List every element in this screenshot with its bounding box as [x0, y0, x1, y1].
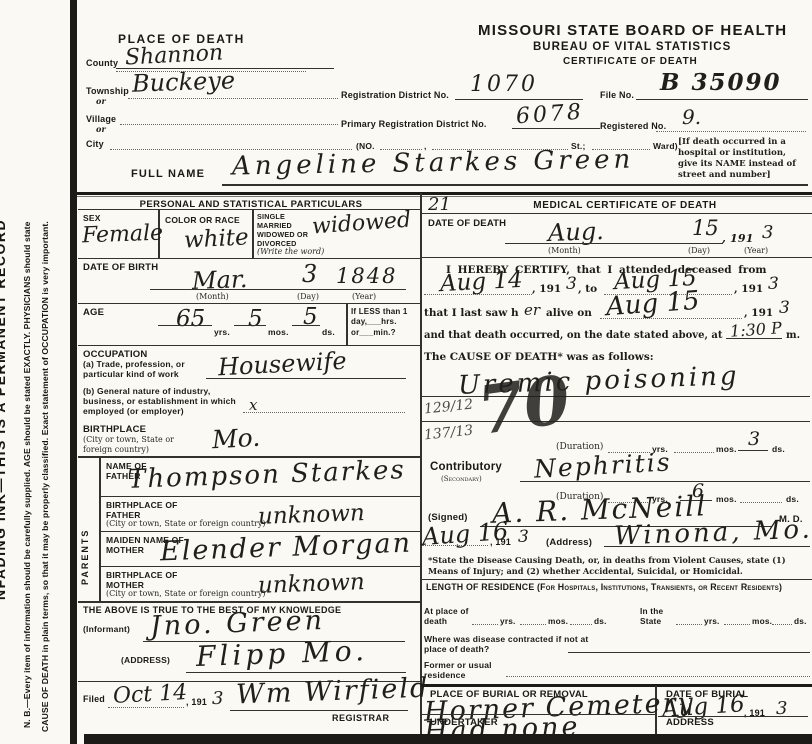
full-name-line: [222, 184, 808, 186]
residence-title: LENGTH OF RESIDENCE (For Hospitals, Inst…: [426, 582, 812, 593]
father-name-value: Thompson Starkes: [128, 457, 406, 493]
registrar-signature: Wm Wirfield: [236, 675, 430, 709]
informant-address-line: [186, 672, 406, 673]
contrib-duration-ds-line: [740, 502, 782, 503]
occupation-a-value: Housewife: [217, 349, 347, 380]
file-no-line: [636, 99, 808, 100]
secondary-label: (Secondary): [441, 475, 482, 483]
hospital-note: [If death occurred in a hospital or inst…: [678, 137, 806, 181]
dod-year-value: 3: [762, 224, 773, 242]
primary-district-value: 6078: [515, 102, 584, 129]
certify-to-year: 3: [768, 276, 779, 293]
village-line: [120, 124, 338, 125]
last-saw-line: [600, 318, 742, 319]
contributory-value: Nephritis: [533, 449, 672, 481]
certify-to-word: , to: [578, 283, 597, 295]
certificate-title: CERTIFICATE OF DEATH: [563, 56, 698, 68]
cause-scribble2: 137/13: [423, 423, 473, 442]
informant-address-label: (ADDRESS): [121, 655, 170, 665]
occupation-top-line: [78, 345, 420, 346]
birthplace-label: BIRTHPLACE: [83, 424, 146, 435]
age-mos-line: [234, 325, 266, 326]
signed-year-prefix: , 191: [490, 537, 511, 548]
in-state-ds-line: [772, 624, 792, 625]
cause-intro: The CAUSE OF DEATH* was as follows:: [424, 351, 654, 363]
certify-to-year-prefix: , 191: [734, 283, 763, 295]
reg-district-value: 1070: [470, 74, 538, 96]
medical-title: MEDICAL CERTIFICATE OF DEATH: [480, 200, 770, 212]
at-place-ds-cap: ds.: [594, 617, 607, 627]
bureau-title: BUREAU OF VITAL STATISTICS: [533, 41, 731, 55]
last-saw-her: er: [524, 303, 540, 318]
margin-permanent-record-text: NFADING INK—THIS IS A PERMANENT RECORD: [0, 40, 8, 600]
certify-from-year-prefix: , 191: [532, 283, 561, 295]
death-occurred-statement: and that death occurred, on the date sta…: [424, 330, 723, 341]
footnote-bottom-line: [422, 579, 812, 580]
last-saw-year: 3: [779, 300, 790, 317]
age-yrs-cap: yrs.: [214, 327, 230, 337]
at-place-ds-line: [570, 624, 592, 625]
former-residence-label: Former or usual residence: [424, 660, 504, 680]
mother-bp-value: unknown: [258, 571, 365, 598]
file-no-label: File No.: [600, 90, 634, 101]
certify-from-line: [424, 294, 532, 295]
medical-margin-number: 21: [428, 196, 451, 214]
signed-date-line: [422, 545, 488, 546]
burial-year-prefix: , 191: [744, 708, 765, 719]
informant-address-value: Flipp Mo.: [196, 637, 369, 671]
parents-bracket-line: [99, 456, 101, 602]
age-yrs-line: [158, 325, 212, 326]
parents-bottom-line: [78, 601, 420, 603]
age-yrs-value: 65: [176, 308, 205, 331]
father-bp-hint: (City or town, State or foreign country): [106, 519, 266, 528]
mother-bp-hint: (City or town, State or foreign country): [106, 589, 266, 598]
dob-top-line: [78, 258, 420, 259]
sex-value: Female: [82, 223, 164, 248]
alive-on-label: alive on: [546, 307, 592, 319]
age-label: AGE: [83, 307, 104, 318]
contracted-line: [568, 652, 810, 653]
full-name-label: FULL NAME: [131, 168, 205, 181]
age-top-line: [78, 303, 420, 304]
contrib-duration-mos-cap: mos.: [716, 494, 737, 504]
signed-year-value: 3: [518, 529, 529, 546]
mother-bp-label: BIRTHPLACE OF MOTHER: [106, 570, 196, 590]
margin-nb-line1: N. B.—Every item of information should b…: [22, 28, 32, 728]
marital-label: SINGLE MARRIED WIDOWED OR DIVORCED: [257, 212, 319, 248]
city-label: City: [86, 139, 104, 150]
township-value: Buckeye: [132, 68, 236, 96]
former-residence-line: [506, 676, 810, 677]
in-state-label: In the State: [640, 607, 674, 627]
in-state-mos-cap: mos.: [752, 617, 772, 627]
file-no-value: B 35090: [660, 71, 781, 94]
in-state-yrs-line: [676, 624, 702, 625]
last-saw-pre: that I last saw h: [424, 307, 519, 319]
birthplace-value: Mo.: [211, 425, 260, 452]
occupation-a-line: [206, 378, 406, 379]
in-state-yrs-cap: yrs.: [704, 617, 720, 627]
dob-day-cap: (Day): [297, 292, 319, 301]
race-label: COLOR OR RACE: [165, 215, 240, 225]
registered-no-value: 9.: [682, 107, 701, 127]
dod-day-value: 15: [692, 218, 719, 239]
mother-cell-line: [100, 566, 420, 567]
death-time-value: 1:30 P: [730, 320, 783, 340]
township-line: [128, 98, 338, 99]
contrib-duration-ds-cap: ds.: [786, 494, 799, 504]
registrar-label: REGISTRAR: [332, 713, 390, 724]
dod-year-cap: (Year): [744, 246, 768, 255]
township-or-label: or: [96, 97, 106, 107]
city-ward-label: Ward): [653, 141, 678, 151]
in-state-ds-cap: ds.: [794, 617, 807, 627]
sex-box-div2: [252, 210, 254, 259]
dod-day-cap: (Day): [688, 246, 710, 255]
last-saw-year-prefix: , 191: [744, 307, 773, 319]
death-time-line: [726, 338, 782, 339]
county-value: Shannon: [124, 42, 223, 69]
dod-top-line: [422, 213, 812, 214]
cause-duration-ds-cap: ds.: [772, 444, 785, 454]
age-note: If LESS than 1 day,___hrs. or___min.?: [351, 307, 415, 338]
filed-date-value: Oct 14: [112, 682, 187, 708]
informant-value: Jno. Green: [150, 607, 326, 640]
race-value: white: [183, 226, 249, 252]
marital-hint: (Write the word): [257, 247, 324, 256]
father-bp-value: unknown: [258, 502, 365, 529]
informant-label: (Informant): [83, 624, 130, 634]
contributory-label: Contributory: [430, 461, 502, 475]
age-ds-cap: ds.: [322, 327, 335, 337]
father-cell-line: [100, 496, 420, 497]
signed-address-line: [604, 546, 810, 547]
at-place-mos-cap: mos.: [548, 617, 568, 627]
occupation-b-label: (b) General nature of industry, business…: [83, 386, 241, 417]
age-mos-cap: mos.: [268, 327, 289, 337]
cause-scribble1: 129/12: [423, 397, 473, 416]
death-time-m: m.: [786, 330, 800, 341]
parents-label: PARENTS: [80, 475, 90, 585]
dod-bottom-line: [422, 257, 812, 258]
dod-line2: [660, 243, 722, 244]
filed-date-line: [108, 707, 184, 708]
father-bp-label: BIRTHPLACE OF FATHER: [106, 500, 196, 520]
reg-district-line: [455, 99, 583, 100]
dod-month-cap: (Month): [548, 246, 581, 255]
signed-address-label: (Address): [546, 537, 592, 548]
margin-nb-line2: CAUSE OF DEATH in plain terms, so that i…: [40, 20, 50, 732]
board-title: MISSOURI STATE BOARD OF HEALTH: [478, 22, 787, 40]
reg-district-label: Registration District No.: [341, 90, 449, 101]
full-name-value: Angeline Starkes Green: [232, 146, 635, 179]
occupation-a-label: (a) Trade, profession, or particular kin…: [83, 359, 208, 379]
scan-bottom-edge: [84, 734, 812, 744]
last-saw-date: Aug 15: [605, 288, 700, 320]
township-label: Township: [86, 86, 129, 97]
dob-label: DATE OF BIRTH: [83, 262, 158, 273]
dod-year-prefix: , 191: [722, 232, 754, 245]
filed-year-value: 3: [212, 690, 223, 708]
contributory-line: [520, 481, 810, 482]
registered-no-line: [656, 131, 806, 132]
registrar-line: [230, 710, 408, 711]
occupation-b-value: x: [249, 398, 257, 413]
at-place-mos-line: [520, 624, 546, 625]
burial-top-line: [421, 684, 812, 687]
primary-district-label: Primary Registration District No.: [341, 119, 487, 130]
mother-name-value: Elender Morgan: [160, 530, 413, 566]
dod-label: DATE OF DEATH: [428, 218, 506, 229]
age-box-divider: [346, 303, 348, 345]
cause-duration-ds-value: 3: [748, 430, 760, 449]
at-place-yrs-line: [472, 624, 498, 625]
county-label: County: [86, 58, 118, 69]
at-place-label: At place of death: [424, 607, 470, 627]
age-mos-value: 5: [248, 308, 263, 331]
cause-footnote: *State the Disease Causing Death, or, in…: [428, 555, 810, 576]
birthplace-hint: (City or town, State or foreign country): [83, 435, 195, 455]
filed-label: Filed: [83, 694, 105, 705]
marital-value: widowed: [311, 210, 411, 239]
signed-address-value: Winona, Mo.: [614, 517, 812, 550]
cause-duration-ds-line: [738, 450, 768, 451]
form-left-border: [70, 0, 77, 744]
dob-month-cap: (Month): [196, 292, 229, 301]
column-divider: [420, 193, 422, 734]
cause-duration-mos-cap: mos.: [716, 444, 737, 454]
occupation-b-line: [243, 412, 405, 413]
dob-year-cap: (Year): [352, 292, 376, 301]
sex-label: SEX: [83, 213, 101, 223]
undertaker-address-label: ADDRESS: [666, 717, 714, 728]
primary-district-line: [512, 128, 600, 129]
dob-year: 1848: [336, 266, 397, 287]
dob-line: [150, 289, 406, 290]
in-state-mos-line: [724, 624, 750, 625]
village-or-label: or: [96, 125, 106, 135]
cause-duration-mos-line: [674, 452, 714, 453]
certify-from-date: Aug 14: [439, 269, 523, 296]
dod-month-value: Aug.: [548, 219, 605, 245]
cause-overmark-scrawl: 70: [474, 366, 574, 444]
certify-from-year: 3: [566, 276, 577, 293]
at-place-yrs-cap: yrs.: [500, 617, 516, 627]
filed-year-prefix: , 191: [186, 697, 207, 708]
age-ds-line: [292, 325, 320, 326]
dob-day: 3: [302, 262, 317, 286]
death-certificate-scan: NFADING INK—THIS IS A PERMANENT RECORD N…: [0, 0, 812, 744]
